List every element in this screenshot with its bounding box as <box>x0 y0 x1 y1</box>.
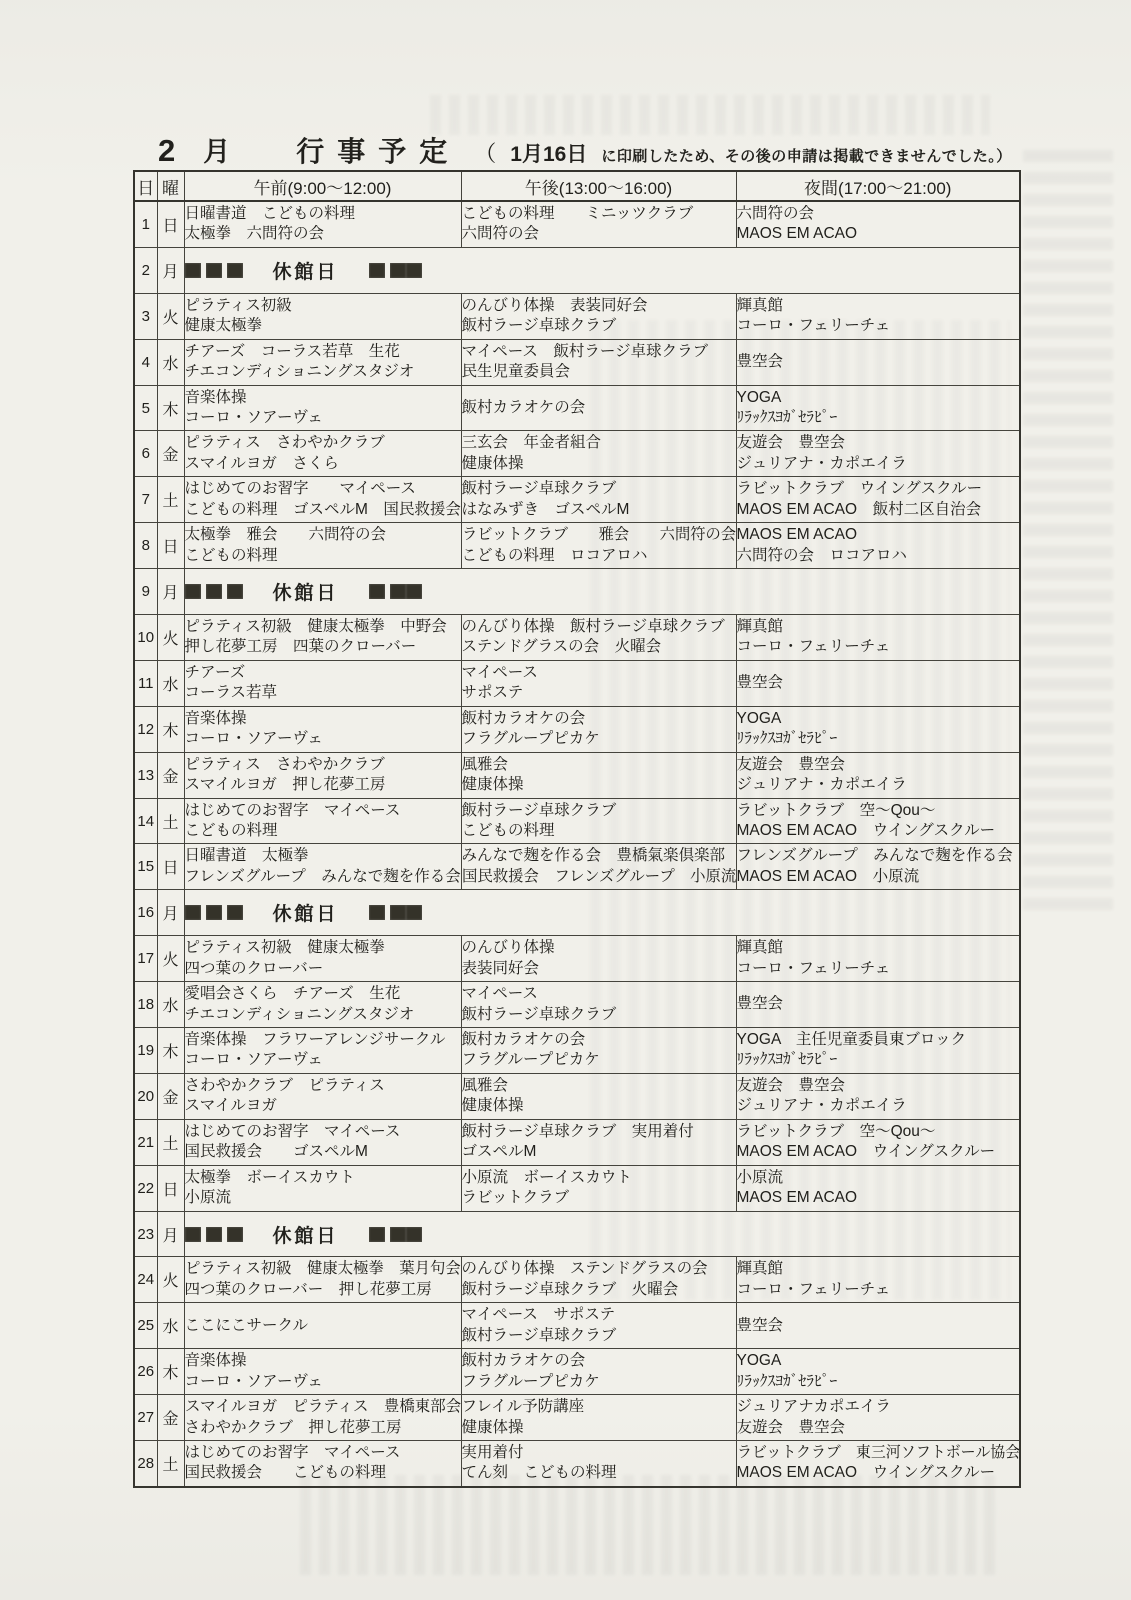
night-cell: ラビットクラブ ウイングスクルーMAOS EM ACAO 飯村二区自治会 <box>736 477 1020 523</box>
event-line: マイペース <box>462 663 736 684</box>
night-cell: YOGAﾘﾗｯｸｽﾖｶﾞｾﾗﾋﾟｰ <box>736 385 1020 431</box>
date-cell: 25 <box>134 1303 157 1349</box>
closed-cell: 休館日 <box>184 569 1020 615</box>
event-line: チアーズ コーラス若草 生花 <box>185 342 461 363</box>
event-line: 輝真館 <box>737 938 1020 959</box>
event-line: 実用着付 <box>462 1443 736 1464</box>
closed-square-icon <box>185 1227 201 1242</box>
scanned-schedule-page: 2 月 行事予定 （ 1月16日 に印刷したため、その後の申請は掲載できませんで… <box>0 0 1131 1600</box>
closed-marker: 休館日 <box>185 899 1020 926</box>
night-cell: 豊空会 <box>736 660 1020 706</box>
event-line: コーロ・ソアーヴェ <box>185 1050 461 1071</box>
event-line: ジュリアナ・カポエイラ <box>737 775 1020 796</box>
event-line: ラビットクラブ ウイングスクルー <box>737 479 1020 500</box>
closed-cell: 休館日 <box>184 890 1020 936</box>
schedule-row: 3火ピラティス初級健康太極拳のんびり体操 表装同好会飯村ラージ卓球クラブ輝真館コ… <box>134 293 1020 339</box>
event-line: 小原流 <box>185 1188 461 1209</box>
night-column-header: 夜間(17:00～21:00) <box>736 171 1020 201</box>
event-line: マイペース サポステ <box>462 1305 736 1326</box>
event-line: のんびり体操 <box>462 938 736 959</box>
day-cell: 金 <box>157 1073 184 1119</box>
event-line: 音楽体操 フラワーアレンジサークル <box>185 1030 461 1051</box>
event-line: 六問符の会 <box>462 224 736 245</box>
date-cell: 18 <box>134 982 157 1028</box>
day-cell: 水 <box>157 1303 184 1349</box>
date-cell: 23 <box>134 1211 157 1257</box>
event-line: 飯村カラオケの会 <box>462 1351 736 1372</box>
date-cell: 6 <box>134 431 157 477</box>
event-line: コーロ・ソアーヴェ <box>185 1372 461 1393</box>
event-line: 太極拳 雅会 六問符の会 <box>185 525 461 546</box>
closed-square-icon <box>390 1227 406 1242</box>
am-cell: ピラティス初級 健康太極拳 葉月句会四つ葉のクローバー 押し花夢工房 <box>184 1257 461 1303</box>
day-cell: 水 <box>157 982 184 1028</box>
event-line: YOGA <box>737 1351 1020 1372</box>
am-cell: 愛唱会さくら チアーズ 生花チエコンディショニングスタジオ <box>184 982 461 1028</box>
schedule-row: 4水チアーズ コーラス若草 生花チエコンディショニングスタジオマイペース 飯村ラ… <box>134 339 1020 385</box>
am-cell: はじめてのお習字 マイペース国民救援会 ゴスペルM <box>184 1119 461 1165</box>
am-cell: 日曜書道 太極拳フレンズグループ みんなで麹を作る会 <box>184 844 461 890</box>
pm-cell: マイペースサポステ <box>461 660 736 706</box>
event-line: 輝真館 <box>737 617 1020 638</box>
closed-square-icon <box>206 584 222 599</box>
event-line: フレンズグループ みんなで麹を作る会 <box>737 846 1020 867</box>
night-cell: 豊空会 <box>736 339 1020 385</box>
event-line: 表装同好会 <box>462 959 736 980</box>
event-line: MAOS EM ACAO <box>737 224 1020 245</box>
day-cell: 木 <box>157 1028 184 1074</box>
event-line: MAOS EM ACAO <box>737 1188 1020 1209</box>
event-line: 日曜書道 こどもの料理 <box>185 204 461 225</box>
event-line: チエコンディショニングスタジオ <box>185 1005 461 1026</box>
day-cell: 金 <box>157 431 184 477</box>
night-cell: 豊空会 <box>736 1303 1020 1349</box>
date-cell: 14 <box>134 798 157 844</box>
am-column-header: 午前(9:00～12:00) <box>184 171 461 201</box>
closed-square-icon <box>227 584 243 599</box>
date-cell: 16 <box>134 890 157 936</box>
event-line: MAOS EM ACAO 飯村二区自治会 <box>737 500 1020 521</box>
date-cell: 1 <box>134 201 157 247</box>
date-cell: 22 <box>134 1165 157 1211</box>
event-line: 豊空会 <box>737 994 1020 1015</box>
day-cell: 日 <box>157 523 184 569</box>
event-line: 三玄会 年金者組合 <box>462 433 736 454</box>
pm-cell: のんびり体操 飯村ラージ卓球クラブステンドグラスの会 火曜会 <box>461 615 736 661</box>
event-line: コーロ・フェリーチェ <box>737 637 1020 658</box>
event-line: マイペース 飯村ラージ卓球クラブ <box>462 342 736 363</box>
event-line: 風雅会 <box>462 755 736 776</box>
event-line: みんなで麹を作る会 豊橋氣楽倶楽部 <box>462 846 736 867</box>
date-cell: 24 <box>134 1257 157 1303</box>
schedule-row: 25水ここにこサークルマイペース サポステ飯村ラージ卓球クラブ豊空会 <box>134 1303 1020 1349</box>
event-line: 健康体操 <box>462 1096 736 1117</box>
am-cell: ピラティス初級 健康太極拳四つ葉のクローバー <box>184 936 461 982</box>
day-cell: 木 <box>157 385 184 431</box>
closed-day-row: 2月休館日 <box>134 247 1020 293</box>
closed-label: 休館日 <box>273 578 339 605</box>
night-cell: 友遊会 豊空会ジュリアナ・カポエイラ <box>736 1073 1020 1119</box>
closed-square-icon <box>227 905 243 920</box>
pm-cell: マイペース 飯村ラージ卓球クラブ民生児童委員会 <box>461 339 736 385</box>
event-line: 友遊会 豊空会 <box>737 1076 1020 1097</box>
event-line: フレンズグループ みんなで麹を作る会 <box>185 867 461 888</box>
event-line: コーロ・ソアーヴェ <box>185 729 461 750</box>
am-cell: はじめてのお習字 マイペースこどもの料理 <box>184 798 461 844</box>
day-column-header: 曜 <box>157 171 184 201</box>
event-line: 音楽体操 <box>185 709 461 730</box>
closed-label: 休館日 <box>273 1221 339 1248</box>
night-cell: YOGA 主任児童委員東ブロックﾘﾗｯｸｽﾖｶﾞｾﾗﾋﾟｰ <box>736 1028 1020 1074</box>
date-cell: 28 <box>134 1441 157 1487</box>
night-cell: ラビットクラブ 空～Qou～MAOS EM ACAO ウイングスクルー <box>736 798 1020 844</box>
day-cell: 日 <box>157 201 184 247</box>
pm-cell: のんびり体操 表装同好会飯村ラージ卓球クラブ <box>461 293 736 339</box>
event-line: MAOS EM ACAO ウイングスクルー <box>737 1463 1020 1484</box>
date-cell: 26 <box>134 1349 157 1395</box>
schedule-row: 8日太極拳 雅会 六問符の会こどもの料理ラビットクラブ 雅会 六問符の会こどもの… <box>134 523 1020 569</box>
event-line: ここにこサークル <box>185 1316 461 1337</box>
day-cell: 水 <box>157 660 184 706</box>
night-cell: ジュリアナカポエイラ友遊会 豊空会 <box>736 1395 1020 1441</box>
event-line: マイペース <box>462 984 736 1005</box>
day-cell: 月 <box>157 1211 184 1257</box>
date-cell: 7 <box>134 477 157 523</box>
event-line: こどもの料理 <box>462 821 736 842</box>
closed-square-icon <box>369 584 385 599</box>
day-cell: 金 <box>157 1395 184 1441</box>
closed-square-icon <box>406 905 422 920</box>
schedule-row: 19木音楽体操 フラワーアレンジサークルコーロ・ソアーヴェ飯村カラオケの会フラグ… <box>134 1028 1020 1074</box>
schedule-row: 6金ピラティス さわやかクラブスマイルヨガ さくら三玄会 年金者組合健康体操友遊… <box>134 431 1020 477</box>
night-cell: 友遊会 豊空会ジュリアナ・カポエイラ <box>736 431 1020 477</box>
month-label: 月 <box>203 130 230 169</box>
schedule-table-header: 日 曜 午前(9:00～12:00) 午後(13:00～16:00) 夜間(17… <box>134 171 1020 201</box>
day-cell: 火 <box>157 615 184 661</box>
event-line: ラビットクラブ 雅会 六問符の会 <box>462 525 736 546</box>
am-cell: ピラティス初級健康太極拳 <box>184 293 461 339</box>
event-line: 愛唱会さくら チアーズ 生花 <box>185 984 461 1005</box>
event-line: スマイルヨガ ピラティス 豊橋東部会 <box>185 1397 461 1418</box>
day-cell: 金 <box>157 752 184 798</box>
closed-square-icon <box>369 1227 385 1242</box>
schedule-row: 14土はじめてのお習字 マイペースこどもの料理飯村ラージ卓球クラブこどもの料理ラ… <box>134 798 1020 844</box>
pm-cell: のんびり体操 ステンドグラスの会飯村ラージ卓球クラブ 火曜会 <box>461 1257 736 1303</box>
closed-label: 休館日 <box>273 257 339 284</box>
event-line: 四つ葉のクローバー 押し花夢工房 <box>185 1280 461 1301</box>
schedule-row: 21土はじめてのお習字 マイペース国民救援会 ゴスペルM飯村ラージ卓球クラブ 実… <box>134 1119 1020 1165</box>
day-cell: 木 <box>157 706 184 752</box>
closed-square-icon <box>369 905 385 920</box>
schedule-table-body: 1日日曜書道 こどもの料理太極拳 六問符の会こどもの料理 ミニッツクラブ六問符の… <box>134 201 1020 1487</box>
event-line: 六問符の会 <box>737 204 1020 225</box>
am-cell: 太極拳 ボーイスカウト小原流 <box>184 1165 461 1211</box>
night-cell: 豊空会 <box>736 982 1020 1028</box>
am-cell: チアーズコーラス若草 <box>184 660 461 706</box>
day-cell: 土 <box>157 477 184 523</box>
event-line: こどもの料理 <box>185 546 461 567</box>
bleedthrough-decoration <box>1023 150 1113 910</box>
event-line: 友遊会 豊空会 <box>737 1418 1020 1439</box>
event-line: 健康体操 <box>462 775 736 796</box>
event-line: ピラティス初級 健康太極拳 中野会 <box>185 617 461 638</box>
event-line: はなみずき ゴスペルM <box>462 500 736 521</box>
day-cell: 月 <box>157 890 184 936</box>
closed-day-row: 16月休館日 <box>134 890 1020 936</box>
night-cell: 輝真館コーロ・フェリーチェ <box>736 615 1020 661</box>
am-cell: 日曜書道 こどもの料理太極拳 六問符の会 <box>184 201 461 247</box>
event-line: 飯村ラージ卓球クラブ <box>462 479 736 500</box>
event-line: はじめてのお習字 マイペース <box>185 1443 461 1464</box>
pm-cell: 三玄会 年金者組合健康体操 <box>461 431 736 477</box>
event-line: コーラス若草 <box>185 683 461 704</box>
date-cell: 2 <box>134 247 157 293</box>
event-line: スマイルヨガ さくら <box>185 454 461 475</box>
event-line: のんびり体操 飯村ラージ卓球クラブ <box>462 617 736 638</box>
closed-marker: 休館日 <box>185 1221 1020 1248</box>
event-line: 国民救援会 ゴスペルM <box>185 1142 461 1163</box>
day-cell: 土 <box>157 798 184 844</box>
event-line: MAOS EM ACAO ウイングスクルー <box>737 821 1020 842</box>
event-line: 輝真館 <box>737 296 1020 317</box>
event-line: こどもの料理 ゴスペルM 国民救援会 <box>185 500 461 521</box>
schedule-row: 5木音楽体操コーロ・ソアーヴェ飯村カラオケの会YOGAﾘﾗｯｸｽﾖｶﾞｾﾗﾋﾟｰ <box>134 385 1020 431</box>
night-cell: 六問符の会MAOS EM ACAO <box>736 201 1020 247</box>
event-line: YOGA <box>737 388 1020 409</box>
event-line: MAOS EM ACAO 小原流 <box>737 867 1020 888</box>
closed-square-icon <box>369 263 385 278</box>
day-cell: 水 <box>157 339 184 385</box>
event-line: 飯村ラージ卓球クラブ 実用着付 <box>462 1122 736 1143</box>
event-line: 飯村ラージ卓球クラブ <box>462 316 736 337</box>
day-cell: 日 <box>157 1165 184 1211</box>
am-cell: ピラティス さわやかクラブスマイルヨガ 押し花夢工房 <box>184 752 461 798</box>
pm-cell: 風雅会健康体操 <box>461 1073 736 1119</box>
schedule-row: 11水チアーズコーラス若草マイペースサポステ豊空会 <box>134 660 1020 706</box>
date-cell: 9 <box>134 569 157 615</box>
night-cell: フレンズグループ みんなで麹を作る会MAOS EM ACAO 小原流 <box>736 844 1020 890</box>
event-line: ラビットクラブ 空～Qou～ <box>737 1122 1020 1143</box>
night-cell: 輝真館コーロ・フェリーチェ <box>736 1257 1020 1303</box>
event-line: チアーズ <box>185 663 461 684</box>
day-cell: 日 <box>157 844 184 890</box>
event-line: 健康体操 <box>462 1418 736 1439</box>
event-line: こどもの料理 <box>185 821 461 842</box>
closed-square-icon <box>390 584 406 599</box>
day-cell: 木 <box>157 1349 184 1395</box>
print-date: 1月16日 <box>510 138 587 168</box>
date-cell: 13 <box>134 752 157 798</box>
schedule-table: 日 曜 午前(9:00～12:00) 午後(13:00～16:00) 夜間(17… <box>133 170 1021 1488</box>
closed-marker: 休館日 <box>185 257 1020 284</box>
schedule-row: 15日日曜書道 太極拳フレンズグループ みんなで麹を作る会みんなで麹を作る会 豊… <box>134 844 1020 890</box>
event-line: 飯村ラージ卓球クラブ 火曜会 <box>462 1280 736 1301</box>
print-note: に印刷したため、その後の申請は掲載できませんでした。） <box>601 145 1011 166</box>
event-line: ゴスペルM <box>462 1142 736 1163</box>
event-line: 小原流 ボーイスカウト <box>462 1168 736 1189</box>
event-line: ジュリアナ・カポエイラ <box>737 1096 1020 1117</box>
night-cell: ラビットクラブ 空～Qou～MAOS EM ACAO ウイングスクルー <box>736 1119 1020 1165</box>
closed-square-icon <box>185 905 201 920</box>
event-line: MAOS EM ACAO <box>737 525 1020 546</box>
event-line: コーロ・フェリーチェ <box>737 959 1020 980</box>
event-line: 四つ葉のクローバー <box>185 959 461 980</box>
closed-square-icon <box>406 1227 422 1242</box>
am-cell: 音楽体操コーロ・ソアーヴェ <box>184 1349 461 1395</box>
closed-square-icon <box>390 905 406 920</box>
am-cell: 音楽体操 フラワーアレンジサークルコーロ・ソアーヴェ <box>184 1028 461 1074</box>
event-line: 飯村カラオケの会 <box>462 398 736 419</box>
pm-cell: マイペース サポステ飯村ラージ卓球クラブ <box>461 1303 736 1349</box>
event-line: YOGA <box>737 709 1020 730</box>
am-cell: スマイルヨガ ピラティス 豊橋東部会さわやかクラブ 押し花夢工房 <box>184 1395 461 1441</box>
schedule-row: 12木音楽体操コーロ・ソアーヴェ飯村カラオケの会フラグループピカケYOGAﾘﾗｯ… <box>134 706 1020 752</box>
event-line: 太極拳 六問符の会 <box>185 224 461 245</box>
event-line: のんびり体操 ステンドグラスの会 <box>462 1259 736 1280</box>
pm-cell: 飯村カラオケの会 <box>461 385 736 431</box>
date-cell: 10 <box>134 615 157 661</box>
date-cell: 19 <box>134 1028 157 1074</box>
pm-cell: みんなで麹を作る会 豊橋氣楽倶楽部国民救援会 フレンズグループ 小原流 <box>461 844 736 890</box>
event-line: 飯村カラオケの会 <box>462 709 736 730</box>
event-line: 飯村ラージ卓球クラブ <box>462 1326 736 1347</box>
night-cell: MAOS EM ACAO六問符の会 ロコアロハ <box>736 523 1020 569</box>
bleedthrough-decoration <box>430 95 990 135</box>
pm-cell: 飯村カラオケの会フラグループピカケ <box>461 1349 736 1395</box>
pm-cell: こどもの料理 ミニッツクラブ六問符の会 <box>461 201 736 247</box>
event-line: コーロ・ソアーヴェ <box>185 408 461 429</box>
pm-cell: 飯村ラージ卓球クラブこどもの料理 <box>461 798 736 844</box>
event-line: スマイルヨガ 押し花夢工房 <box>185 775 461 796</box>
schedule-row: 20金さわやかクラブ ピラティススマイルヨガ風雅会健康体操友遊会 豊空会ジュリア… <box>134 1073 1020 1119</box>
closed-square-icon <box>206 263 222 278</box>
event-line: 友遊会 豊空会 <box>737 755 1020 776</box>
night-cell: 友遊会 豊空会ジュリアナ・カポエイラ <box>736 752 1020 798</box>
date-cell: 12 <box>134 706 157 752</box>
event-line: ピラティス さわやかクラブ <box>185 433 461 454</box>
closed-square-icon <box>185 263 201 278</box>
event-line: サポステ <box>462 683 736 704</box>
day-cell: 火 <box>157 293 184 339</box>
event-line: ﾘﾗｯｸｽﾖｶﾞｾﾗﾋﾟｰ <box>737 729 1020 750</box>
schedule-heading: 行事予定 <box>296 130 460 170</box>
event-line: 飯村ラージ卓球クラブ <box>462 801 736 822</box>
event-line: フレイル予防講座 <box>462 1397 736 1418</box>
schedule-row: 27金スマイルヨガ ピラティス 豊橋東部会さわやかクラブ 押し花夢工房フレイル予… <box>134 1395 1020 1441</box>
event-line: 押し花夢工房 四葉のクローバー <box>185 637 461 658</box>
schedule-row: 26木音楽体操コーロ・ソアーヴェ飯村カラオケの会フラグループピカケYOGAﾘﾗｯ… <box>134 1349 1020 1395</box>
month-number: 2 <box>158 133 175 169</box>
event-line: 小原流 <box>737 1168 1020 1189</box>
night-cell: 輝真館コーロ・フェリーチェ <box>736 936 1020 982</box>
closed-label: 休館日 <box>273 899 339 926</box>
schedule-row: 17火ピラティス初級 健康太極拳四つ葉のクローバーのんびり体操表装同好会輝真館コ… <box>134 936 1020 982</box>
am-cell: 音楽体操コーロ・ソアーヴェ <box>184 385 461 431</box>
event-line: 豊空会 <box>737 673 1020 694</box>
pm-cell: 飯村カラオケの会フラグループピカケ <box>461 706 736 752</box>
event-line: フラグループピカケ <box>462 729 736 750</box>
event-line: 国民救援会 フレンズグループ 小原流 <box>462 867 736 888</box>
schedule-row: 7土はじめてのお習字 マイペースこどもの料理 ゴスペルM 国民救援会飯村ラージ卓… <box>134 477 1020 523</box>
am-cell: 音楽体操コーロ・ソアーヴェ <box>184 706 461 752</box>
event-line: コーロ・フェリーチェ <box>737 316 1020 337</box>
closed-square-icon <box>206 905 222 920</box>
event-line: ラビットクラブ <box>462 1188 736 1209</box>
event-line: はじめてのお習字 マイペース <box>185 801 461 822</box>
am-cell: チアーズ コーラス若草 生花チエコンディショニングスタジオ <box>184 339 461 385</box>
event-line: ピラティス初級 健康太極拳 <box>185 938 461 959</box>
event-line: フラグループピカケ <box>462 1372 736 1393</box>
event-line: 豊空会 <box>737 352 1020 373</box>
date-cell: 11 <box>134 660 157 706</box>
closed-square-icon <box>227 1227 243 1242</box>
event-line: ステンドグラスの会 火曜会 <box>462 637 736 658</box>
schedule-row: 28土はじめてのお習字 マイペース国民救援会 こどもの料理実用着付てん刻 こども… <box>134 1441 1020 1487</box>
night-cell: YOGAﾘﾗｯｸｽﾖｶﾞｾﾗﾋﾟｰ <box>736 706 1020 752</box>
event-line: 音楽体操 <box>185 1351 461 1372</box>
closed-cell: 休館日 <box>184 247 1020 293</box>
day-cell: 月 <box>157 569 184 615</box>
day-cell: 火 <box>157 1257 184 1303</box>
event-line: 友遊会 豊空会 <box>737 433 1020 454</box>
am-cell: ここにこサークル <box>184 1303 461 1349</box>
event-line: 輝真館 <box>737 1259 1020 1280</box>
event-line: 民生児童委員会 <box>462 362 736 383</box>
date-cell: 4 <box>134 339 157 385</box>
schedule-row: 18水愛唱会さくら チアーズ 生花チエコンディショニングスタジオマイペース飯村ラ… <box>134 982 1020 1028</box>
date-cell: 20 <box>134 1073 157 1119</box>
pm-column-header: 午後(13:00～16:00) <box>461 171 736 201</box>
night-cell: 小原流MAOS EM ACAO <box>736 1165 1020 1211</box>
closed-day-row: 9月休館日 <box>134 569 1020 615</box>
event-line: ﾘﾗｯｸｽﾖｶﾞｾﾗﾋﾟｰ <box>737 1372 1020 1393</box>
pm-cell: ラビットクラブ 雅会 六問符の会こどもの料理 ロコアロハ <box>461 523 736 569</box>
event-line: スマイルヨガ <box>185 1096 461 1117</box>
event-line: 豊空会 <box>737 1316 1020 1337</box>
event-line: YOGA 主任児童委員東ブロック <box>737 1030 1020 1051</box>
event-line: コーロ・フェリーチェ <box>737 1280 1020 1301</box>
pm-cell: 風雅会健康体操 <box>461 752 736 798</box>
am-cell: はじめてのお習字 マイペース国民救援会 こどもの料理 <box>184 1441 461 1487</box>
night-cell: 輝真館コーロ・フェリーチェ <box>736 293 1020 339</box>
event-line: ﾘﾗｯｸｽﾖｶﾞｾﾗﾋﾟｰ <box>737 408 1020 429</box>
event-line: 国民救援会 こどもの料理 <box>185 1463 461 1484</box>
date-cell: 15 <box>134 844 157 890</box>
pm-cell: マイペース飯村ラージ卓球クラブ <box>461 982 736 1028</box>
event-line: こどもの料理 ロコアロハ <box>462 546 736 567</box>
pm-cell: 飯村カラオケの会フラグループピカケ <box>461 1028 736 1074</box>
pm-cell: 実用着付てん刻 こどもの料理 <box>461 1441 736 1487</box>
event-line: ピラティス初級 <box>185 296 461 317</box>
event-line: 風雅会 <box>462 1076 736 1097</box>
event-line: こどもの料理 ミニッツクラブ <box>462 204 736 225</box>
am-cell: はじめてのお習字 マイペースこどもの料理 ゴスペルM 国民救援会 <box>184 477 461 523</box>
event-line: ﾘﾗｯｸｽﾖｶﾞｾﾗﾋﾟｰ <box>737 1050 1020 1071</box>
pm-cell: フレイル予防講座健康体操 <box>461 1395 736 1441</box>
closed-cell: 休館日 <box>184 1211 1020 1257</box>
event-line: てん刻 こどもの料理 <box>462 1463 736 1484</box>
event-line: ジュリアナ・カポエイラ <box>737 454 1020 475</box>
event-line: MAOS EM ACAO ウイングスクルー <box>737 1142 1020 1163</box>
date-cell: 17 <box>134 936 157 982</box>
pm-cell: のんびり体操表装同好会 <box>461 936 736 982</box>
event-line: 健康体操 <box>462 454 736 475</box>
closed-square-icon <box>206 1227 222 1242</box>
event-line: 飯村カラオケの会 <box>462 1030 736 1051</box>
event-line: 太極拳 ボーイスカウト <box>185 1168 461 1189</box>
closed-square-icon <box>406 263 422 278</box>
event-line: 六問符の会 ロコアロハ <box>737 546 1020 567</box>
